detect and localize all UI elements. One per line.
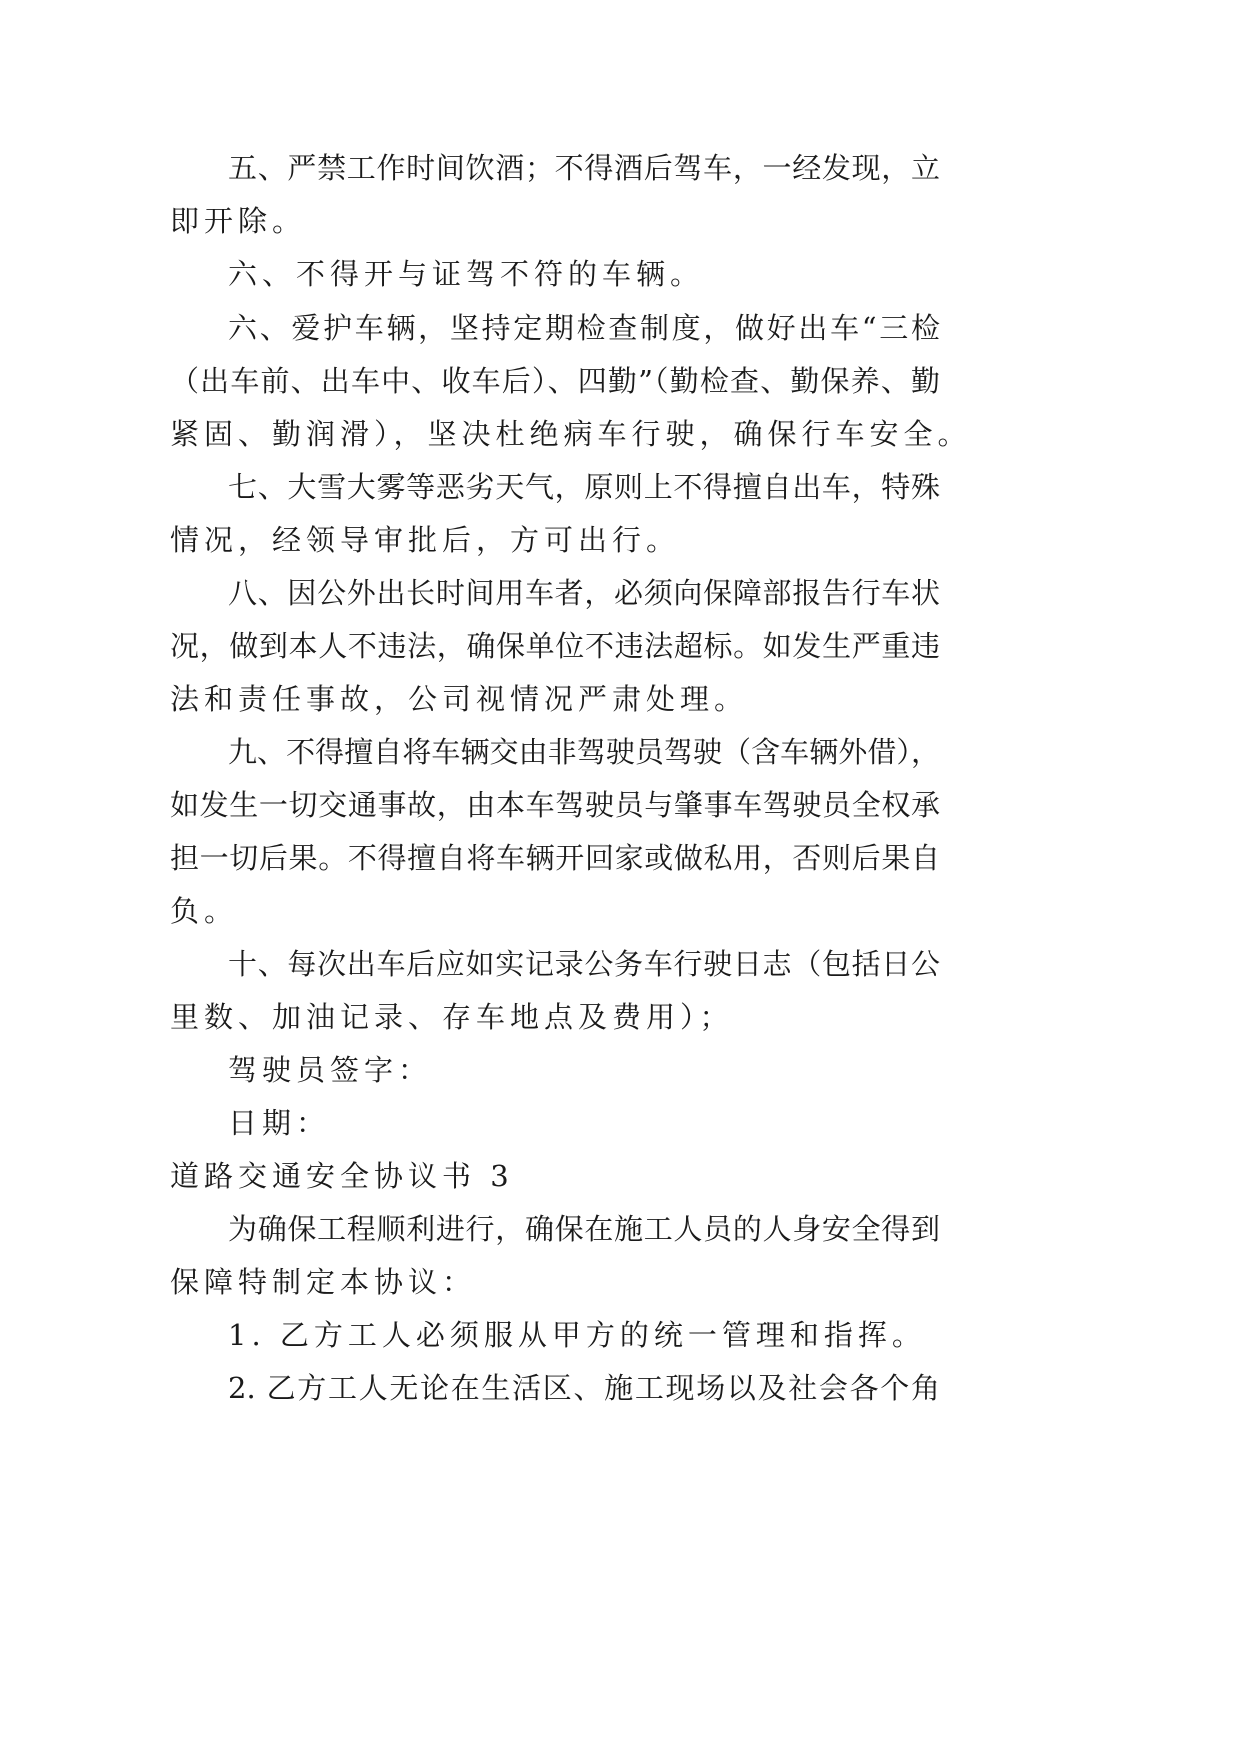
paragraph-line: 保障特制定本协议： xyxy=(170,1264,950,1300)
section-title: 道路交通安全协议书 3 xyxy=(170,1158,950,1194)
document-page: 五、严禁工作时间饮酒；不得酒后驾车，一经发现，立 即开除。 六、不得开与证驾不符… xyxy=(0,0,1241,1754)
paragraph-line: 八、因公外出长时间用车者，必须向保障部报告行车状 xyxy=(228,575,940,611)
paragraph-line: 十、每次出车后应如实记录公务车行驶日志（包括日公 xyxy=(228,946,940,982)
paragraph-line: 况，做到本人不违法，确保单位不违法超标。如发生严重违 xyxy=(170,628,940,664)
paragraph-line: 里数、加油记录、存车地点及费用）； xyxy=(170,999,950,1035)
paragraph-line: 五、严禁工作时间饮酒；不得酒后驾车，一经发现，立 xyxy=(228,150,940,186)
paragraph-line: 六、爱护车辆，坚持定期检查制度，做好出车“三检 xyxy=(228,310,940,346)
paragraph-line: 紧固、勤润滑），坚决杜绝病车行驶，确保行车安全。 xyxy=(170,416,950,452)
paragraph-line: 九、不得擅自将车辆交由非驾驶员驾驶（含车辆外借）， xyxy=(228,734,940,770)
list-item: 1. 乙方工人必须服从甲方的统一管理和指挥。 xyxy=(228,1317,1008,1353)
paragraph-line: 担一切后果。不得擅自将车辆开回家或做私用，否则后果自 xyxy=(170,840,940,876)
paragraph-line: 法和责任事故，公司视情况严肃处理。 xyxy=(170,681,950,717)
list-item: 2. 乙方工人无论在生活区、施工现场以及社会各个角 xyxy=(228,1370,940,1406)
paragraph-line: 即开除。 xyxy=(170,203,950,239)
signature-label: 驾驶员签字： xyxy=(228,1052,1008,1088)
date-label: 日期： xyxy=(228,1105,1008,1141)
paragraph-line: 情况，经领导审批后，方可出行。 xyxy=(170,522,950,558)
paragraph-line: 负。 xyxy=(170,893,950,929)
paragraph-line: 如发生一切交通事故，由本车驾驶员与肇事车驾驶员全权承 xyxy=(170,787,940,823)
paragraph-line: 六、不得开与证驾不符的车辆。 xyxy=(228,256,1008,292)
paragraph-line: （出车前、出车中、收车后）、四勤”（勤检查、勤保养、勤 xyxy=(170,363,940,399)
paragraph-line: 为确保工程顺利进行，确保在施工人员的人身安全得到 xyxy=(228,1211,940,1247)
paragraph-line: 七、大雪大雾等恶劣天气，原则上不得擅自出车，特殊 xyxy=(228,469,940,505)
